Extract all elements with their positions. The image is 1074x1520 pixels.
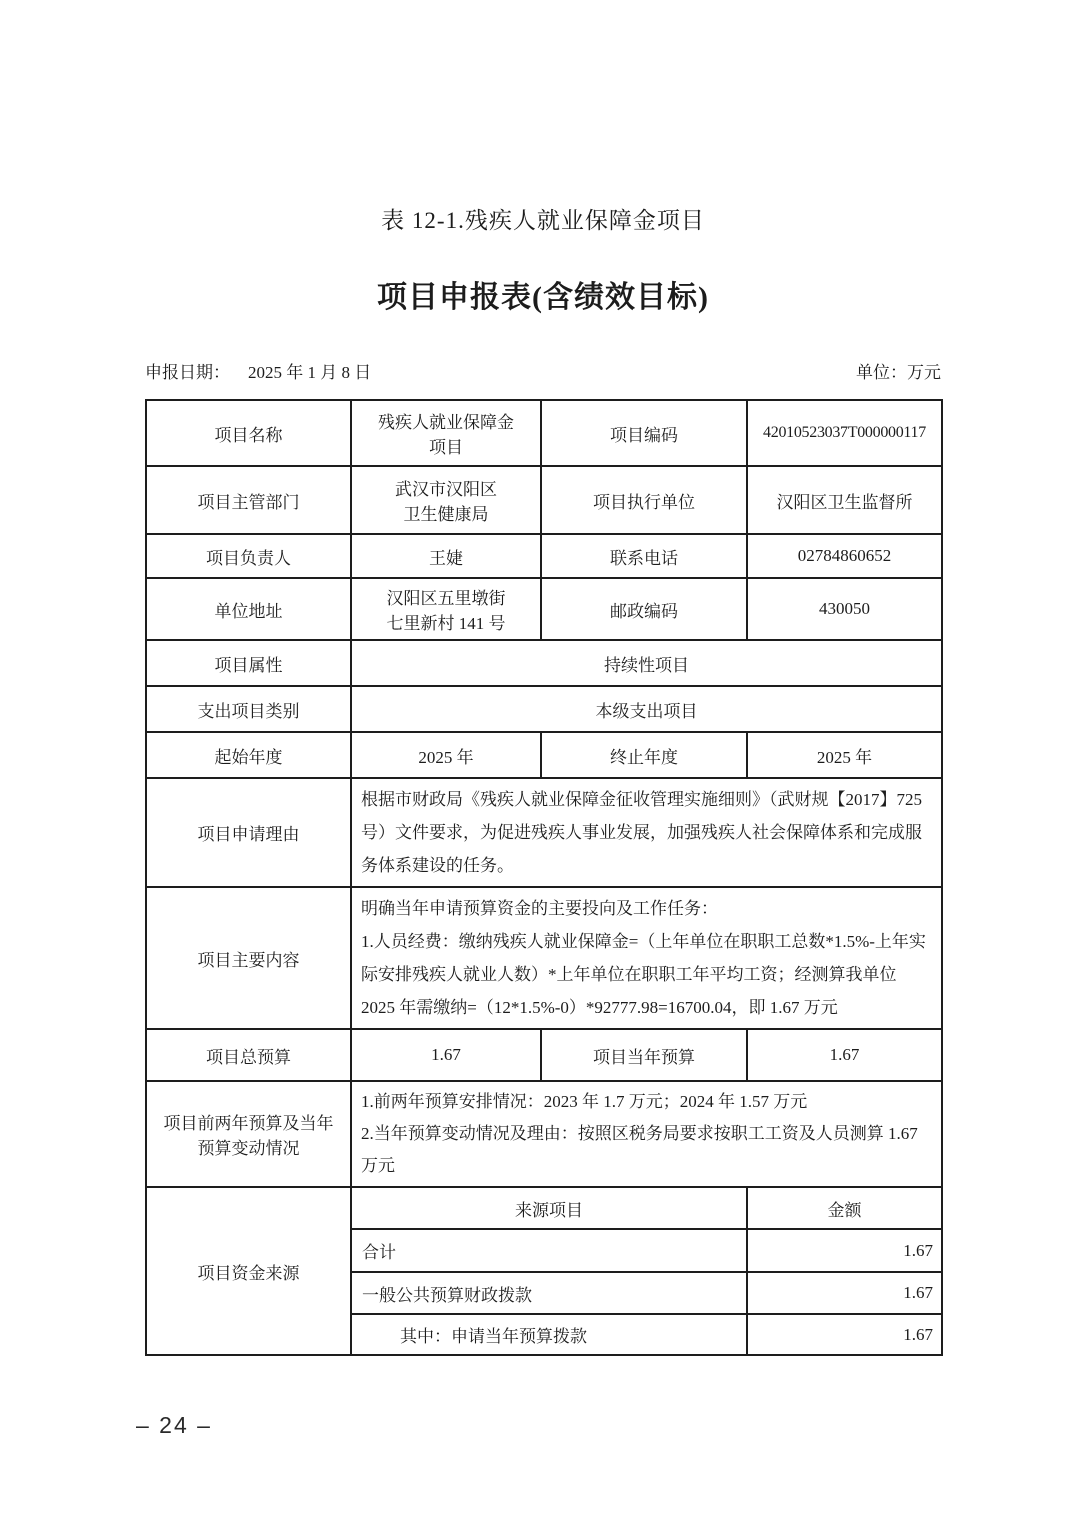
funding-source-total: 合计 — [351, 1229, 747, 1272]
field-label-current-budget: 项目当年预算 — [541, 1029, 747, 1081]
field-value-exec-unit: 汉阳区卫生监督所 — [747, 466, 942, 534]
page-title: 表 12-1.残疾人就业保障金项目 — [145, 202, 941, 235]
field-value-prev-budget: 1.前两年预算安排情况：2023 年 1.7 万元；2024 年 1.57 万元… — [351, 1081, 942, 1187]
declaration-date-value: 2025 年 1 月 8 日 — [248, 363, 371, 382]
table-row: 项目主要内容 明确当年申请预算资金的主要投向及工作任务： 1.人员经费：缴纳残疾… — [146, 887, 942, 1029]
field-value-address: 汉阳区五里墩街 七里新村 141 号 — [351, 578, 541, 640]
funding-amount-current-year: 1.67 — [747, 1314, 942, 1355]
field-value-end-year: 2025 年 — [747, 732, 942, 778]
table-row: 项目总预算 1.67 项目当年预算 1.67 — [146, 1029, 942, 1081]
declaration-date: 申报日期：2025 年 1 月 8 日 — [145, 358, 371, 383]
field-value-leader: 王婕 — [351, 534, 541, 578]
funding-amount-public-budget: 1.67 — [747, 1272, 942, 1314]
field-label-expense-type: 支出项目类别 — [146, 686, 351, 732]
project-application-table: 项目名称 残疾人就业保障金 项目 项目编码 42010523037T000000… — [145, 399, 943, 1356]
field-value-phone: 02784860652 — [747, 534, 942, 578]
field-label-total-budget: 项目总预算 — [146, 1029, 351, 1081]
field-label-address: 单位地址 — [146, 578, 351, 640]
table-row: 项目前两年预算及当年 预算变动情况 1.前两年预算安排情况：2023 年 1.7… — [146, 1081, 942, 1187]
declaration-date-label: 申报日期： — [145, 363, 230, 382]
field-label-reason: 项目申请理由 — [146, 778, 351, 887]
table-row: 项目主管部门 武汉市汉阳区 卫生健康局 项目执行单位 汉阳区卫生监督所 — [146, 466, 942, 534]
funding-header-amount: 金额 — [747, 1187, 942, 1229]
table-row: 项目名称 残疾人就业保障金 项目 项目编码 42010523037T000000… — [146, 400, 942, 466]
field-label-project-name: 项目名称 — [146, 400, 351, 466]
field-label-phone: 联系电话 — [541, 534, 747, 578]
table-row: 项目负责人 王婕 联系电话 02784860652 — [146, 534, 942, 578]
table-row: 单位地址 汉阳区五里墩街 七里新村 141 号 邮政编码 430050 — [146, 578, 942, 640]
field-value-dept: 武汉市汉阳区 卫生健康局 — [351, 466, 541, 534]
field-label-prev-budget: 项目前两年预算及当年 预算变动情况 — [146, 1081, 351, 1187]
field-value-postcode: 430050 — [747, 578, 942, 640]
funding-amount-total: 1.67 — [747, 1229, 942, 1272]
field-label-postcode: 邮政编码 — [541, 578, 747, 640]
field-label-leader: 项目负责人 — [146, 534, 351, 578]
page-subtitle: 项目申报表(含绩效目标) — [145, 272, 941, 316]
field-label-start-year: 起始年度 — [146, 732, 351, 778]
field-value-project-name: 残疾人就业保障金 项目 — [351, 400, 541, 466]
field-value-start-year: 2025 年 — [351, 732, 541, 778]
field-value-attribute: 持续性项目 — [351, 640, 942, 686]
field-label-main-content: 项目主要内容 — [146, 887, 351, 1029]
field-value-current-budget: 1.67 — [747, 1029, 942, 1081]
field-value-reason: 根据市财政局《残疾人就业保障金征收管理实施细则》（武财规【2017】725 号）… — [351, 778, 942, 887]
field-value-project-code: 42010523037T000000117 — [747, 400, 942, 466]
funding-header-row: 项目资金来源 来源项目 金额 — [146, 1187, 942, 1229]
funding-source-current-year: 其中：申请当年预算拨款 — [351, 1314, 747, 1355]
field-value-expense-type: 本级支出项目 — [351, 686, 942, 732]
table-row: 起始年度 2025 年 终止年度 2025 年 — [146, 732, 942, 778]
unit-label: 单位：万元 — [856, 358, 941, 383]
field-value-main-content: 明确当年申请预算资金的主要投向及工作任务： 1.人员经费：缴纳残疾人就业保障金=… — [351, 887, 942, 1029]
table-row: 项目申请理由 根据市财政局《残疾人就业保障金征收管理实施细则》（武财规【2017… — [146, 778, 942, 887]
field-label-end-year: 终止年度 — [541, 732, 747, 778]
page-number: – 24 – — [136, 1412, 212, 1439]
meta-row: 申报日期：2025 年 1 月 8 日 单位：万元 — [145, 358, 941, 383]
field-label-funding-source: 项目资金来源 — [146, 1187, 351, 1355]
field-label-exec-unit: 项目执行单位 — [541, 466, 747, 534]
field-label-attribute: 项目属性 — [146, 640, 351, 686]
table-row: 支出项目类别 本级支出项目 — [146, 686, 942, 732]
table-row: 项目属性 持续性项目 — [146, 640, 942, 686]
field-label-project-code: 项目编码 — [541, 400, 747, 466]
field-label-dept: 项目主管部门 — [146, 466, 351, 534]
field-value-total-budget: 1.67 — [351, 1029, 541, 1081]
funding-source-public-budget: 一般公共预算财政拨款 — [351, 1272, 747, 1314]
funding-header-source: 来源项目 — [351, 1187, 747, 1229]
